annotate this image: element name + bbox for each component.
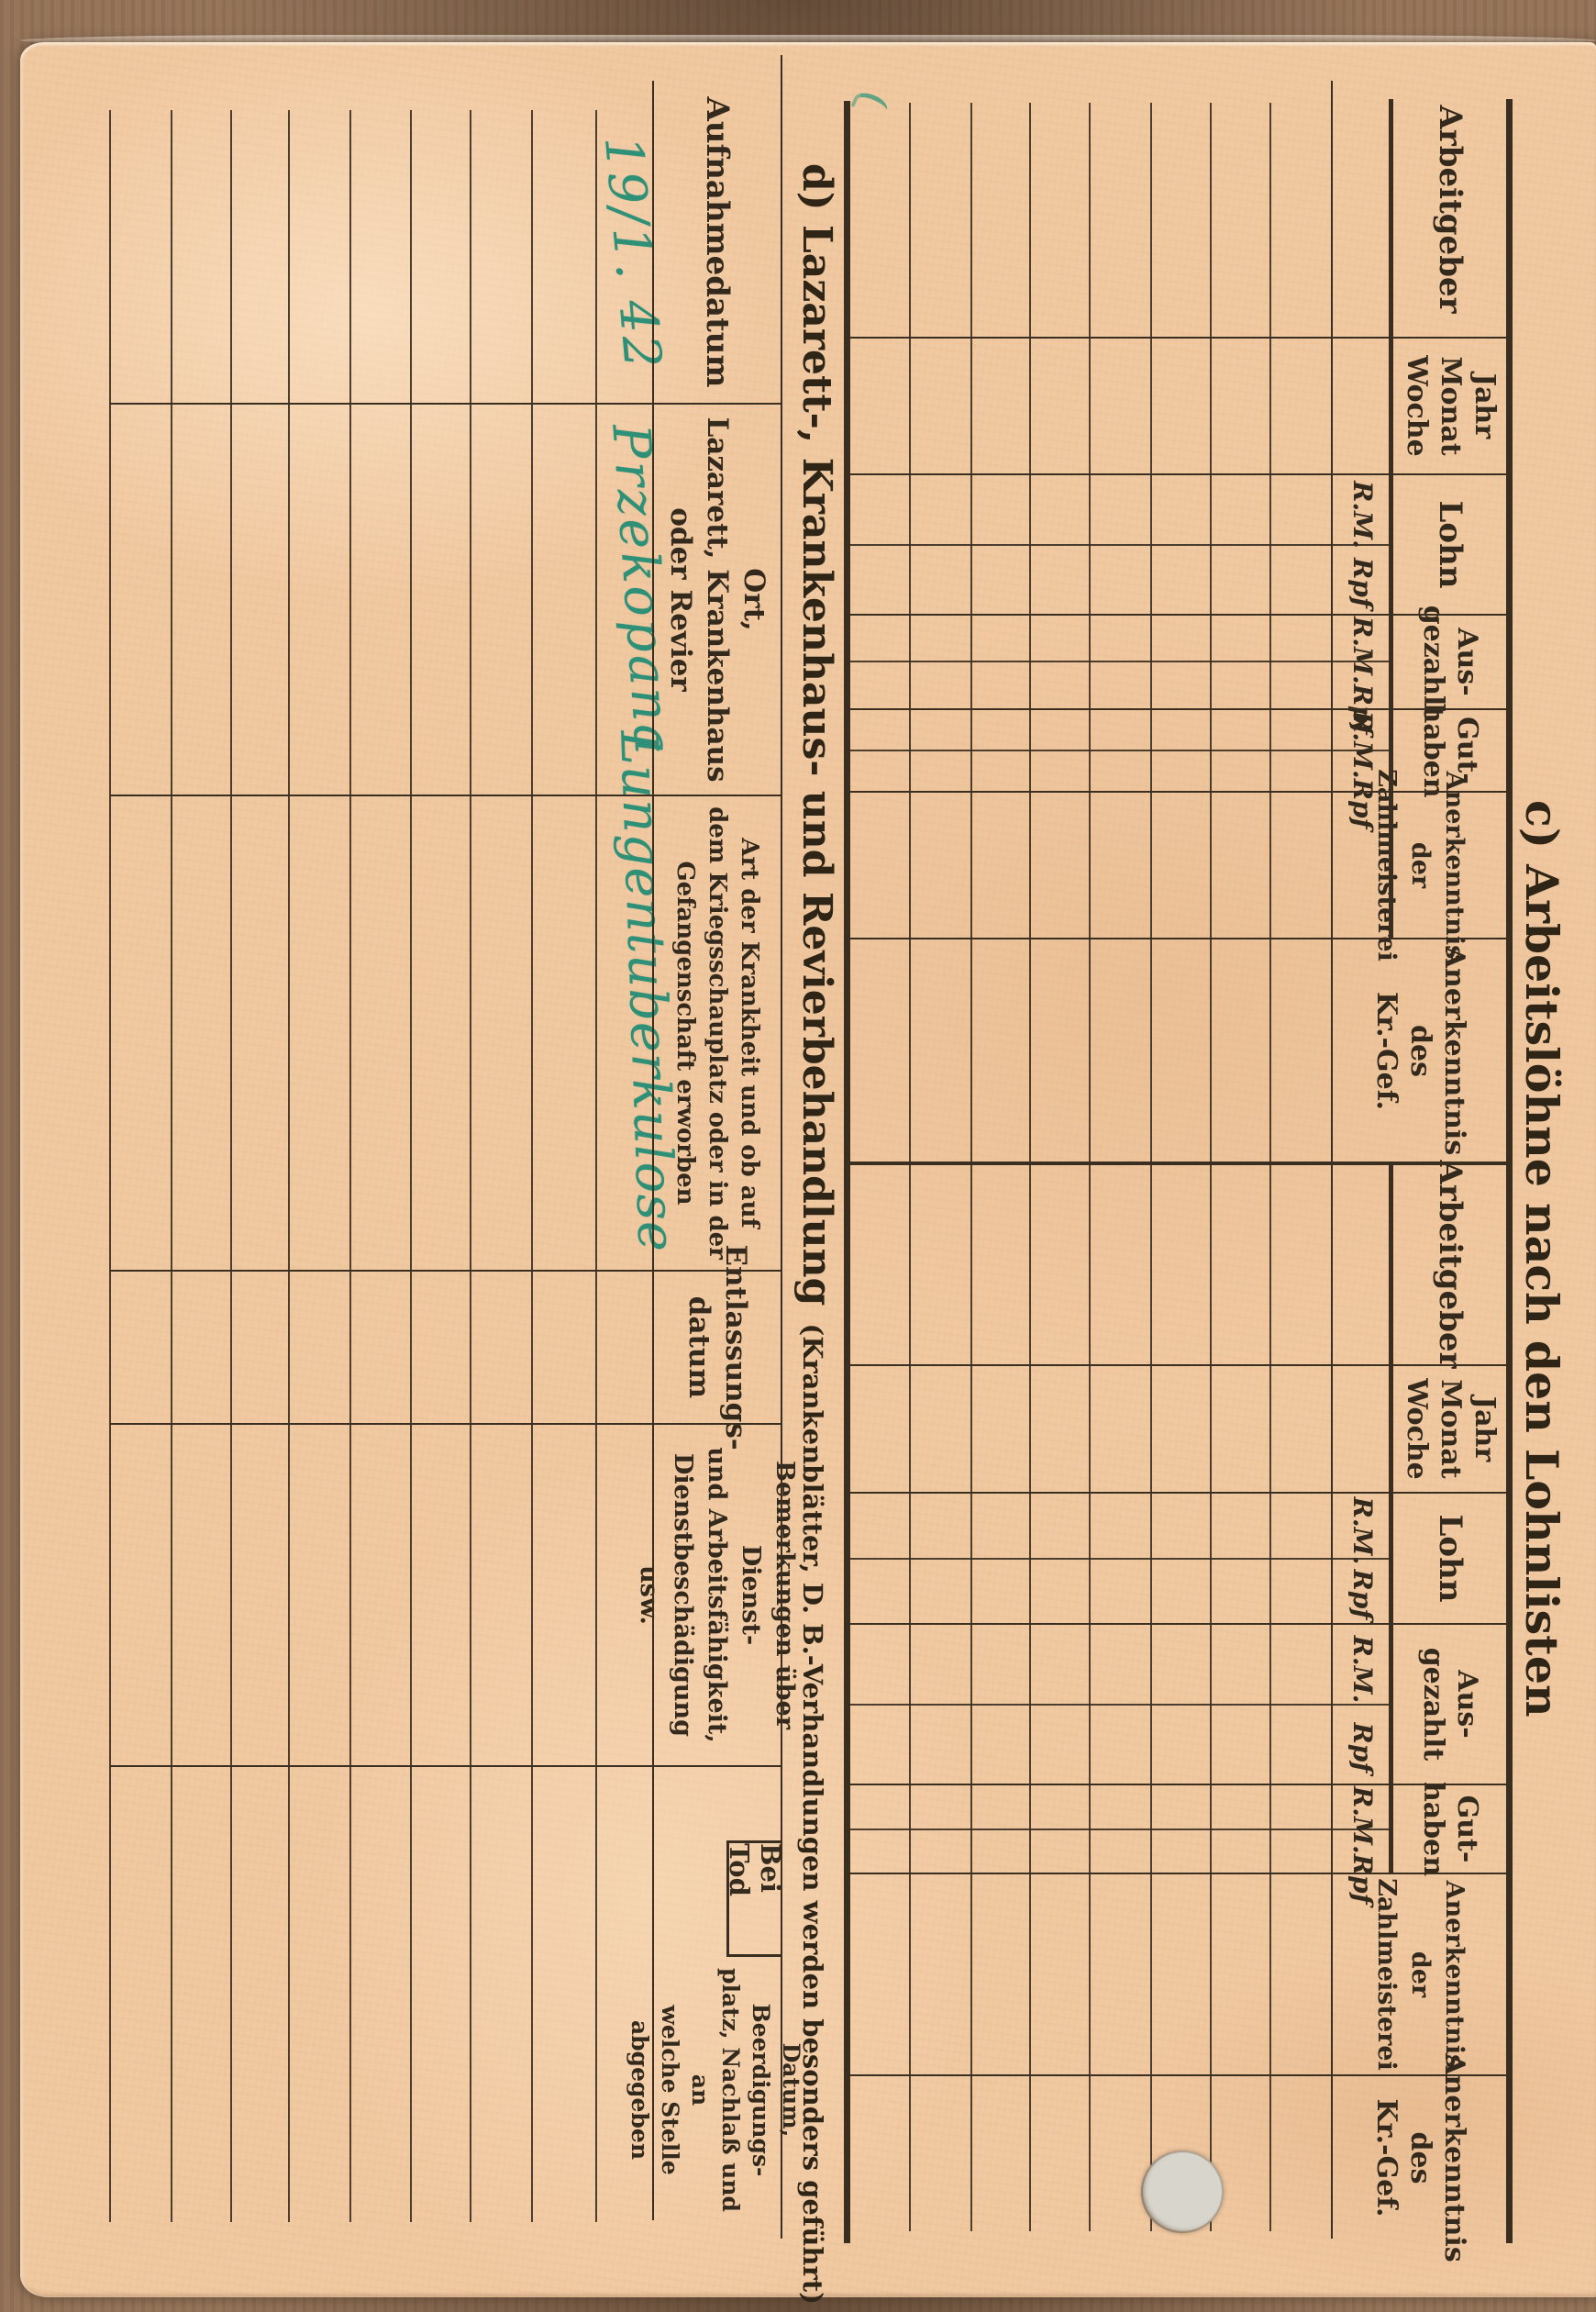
rule-line	[845, 101, 851, 2243]
col-jahr-monat-woche-g1: Jahr Monat Woche	[1393, 339, 1508, 472]
rule-line	[1029, 103, 1032, 2231]
rule-line	[848, 614, 1510, 617]
rotated-card-content: c) Arbeitslöhne nach den Lohnlisten Arbe…	[0, 0, 1596, 2312]
rule-line	[909, 103, 912, 2231]
rule-line	[110, 795, 781, 797]
rule-line	[848, 1492, 1510, 1495]
col-anerkenntnis-krgef-g2: Anerkenntnis des Kr.-Gef.	[1334, 2077, 1508, 2239]
rule-line	[1210, 103, 1213, 2231]
rule-line	[1331, 81, 1334, 2239]
rule-line	[848, 1828, 1391, 1830]
rule-line	[781, 55, 783, 2239]
rule-line	[848, 791, 1510, 794]
rule-line	[848, 1162, 1510, 1165]
rule-line	[110, 403, 781, 406]
rule-line	[110, 1423, 781, 1426]
rule-line	[1089, 103, 1092, 2231]
col-jahr-monat-woche-g2: Jahr Monat Woche	[1393, 1367, 1508, 1491]
rule-line	[848, 473, 1510, 476]
rule-line	[848, 1558, 1391, 1560]
rule-line	[848, 2074, 1510, 2077]
col-arbeitgeber-g2: Arbeitgeber	[1393, 1165, 1508, 1363]
rule-line	[1150, 103, 1153, 2231]
bei-tod-box: Bei Tod	[726, 1840, 781, 1957]
col-entlassungsdatum: Entlassungs- datum	[655, 1274, 780, 1420]
col-anerkenntnis-krgef-g1: Anerkenntnis des Kr.-Gef.	[1334, 940, 1508, 1162]
rule-line	[110, 1765, 781, 1768]
rule-line	[349, 110, 352, 2222]
rule-line	[848, 1364, 1510, 1367]
rule-line	[288, 110, 291, 2222]
rule-line	[171, 110, 173, 2222]
rule-line	[848, 1623, 1510, 1626]
scanned-pow-record-card: { "card": { "section_c": { "title": "c) …	[0, 0, 1596, 2312]
rule-line	[848, 1784, 1510, 1786]
rule-line	[1269, 103, 1272, 2231]
rule-line	[109, 110, 112, 2222]
col-arbeitgeber-g1: Arbeitgeber	[1393, 83, 1508, 336]
section-c-title: c) Arbeitslöhne nach den Lohnlisten	[1515, 800, 1568, 1717]
col-ausgezahlt-g1: Aus- gezahlt	[1393, 617, 1508, 707]
rule-line	[848, 938, 1510, 940]
rule-line	[848, 750, 1391, 751]
col-aufnahmedatum: Aufnahmedatum	[655, 84, 780, 400]
rule-line	[230, 110, 233, 2222]
rule-line	[970, 103, 973, 2231]
col-bei-tod-details: Datum, Beerdigungs- platz, Nachlaß und a…	[665, 1963, 766, 2217]
col-lohn-g1: Lohn	[1393, 476, 1508, 613]
rule-line	[1507, 99, 1513, 2243]
rule-line	[410, 110, 413, 2222]
col-bemerkungen: Bemerkungen über Dienst- und Arbeitsfähi…	[655, 1428, 780, 1762]
rule-line	[1390, 99, 1394, 939]
col-ausgezahlt-g2: Aus- gezahlt	[1393, 1626, 1508, 1783]
rule-line	[848, 337, 1510, 339]
rule-line	[848, 544, 1391, 546]
col-guthaben-g2: Gut- haben	[1393, 1786, 1508, 1872]
col-anerkenntnis-zahlmeisterei-g2: Anerkenntnis der Zahlmeisterei	[1334, 1875, 1508, 2073]
rule-line	[110, 1270, 781, 1273]
rule-line	[1390, 1163, 1394, 1873]
rule-line	[848, 708, 1510, 711]
rule-line	[848, 1704, 1391, 1706]
col-lohn-g2: Lohn	[1393, 1495, 1508, 1622]
rule-line	[470, 110, 472, 2222]
rule-line	[848, 1873, 1510, 1875]
green-ink-trace	[850, 88, 890, 120]
punch-hole	[1141, 2151, 1224, 2233]
rule-line	[848, 661, 1391, 662]
rule-line	[531, 110, 534, 2222]
rule-line	[595, 110, 598, 2222]
